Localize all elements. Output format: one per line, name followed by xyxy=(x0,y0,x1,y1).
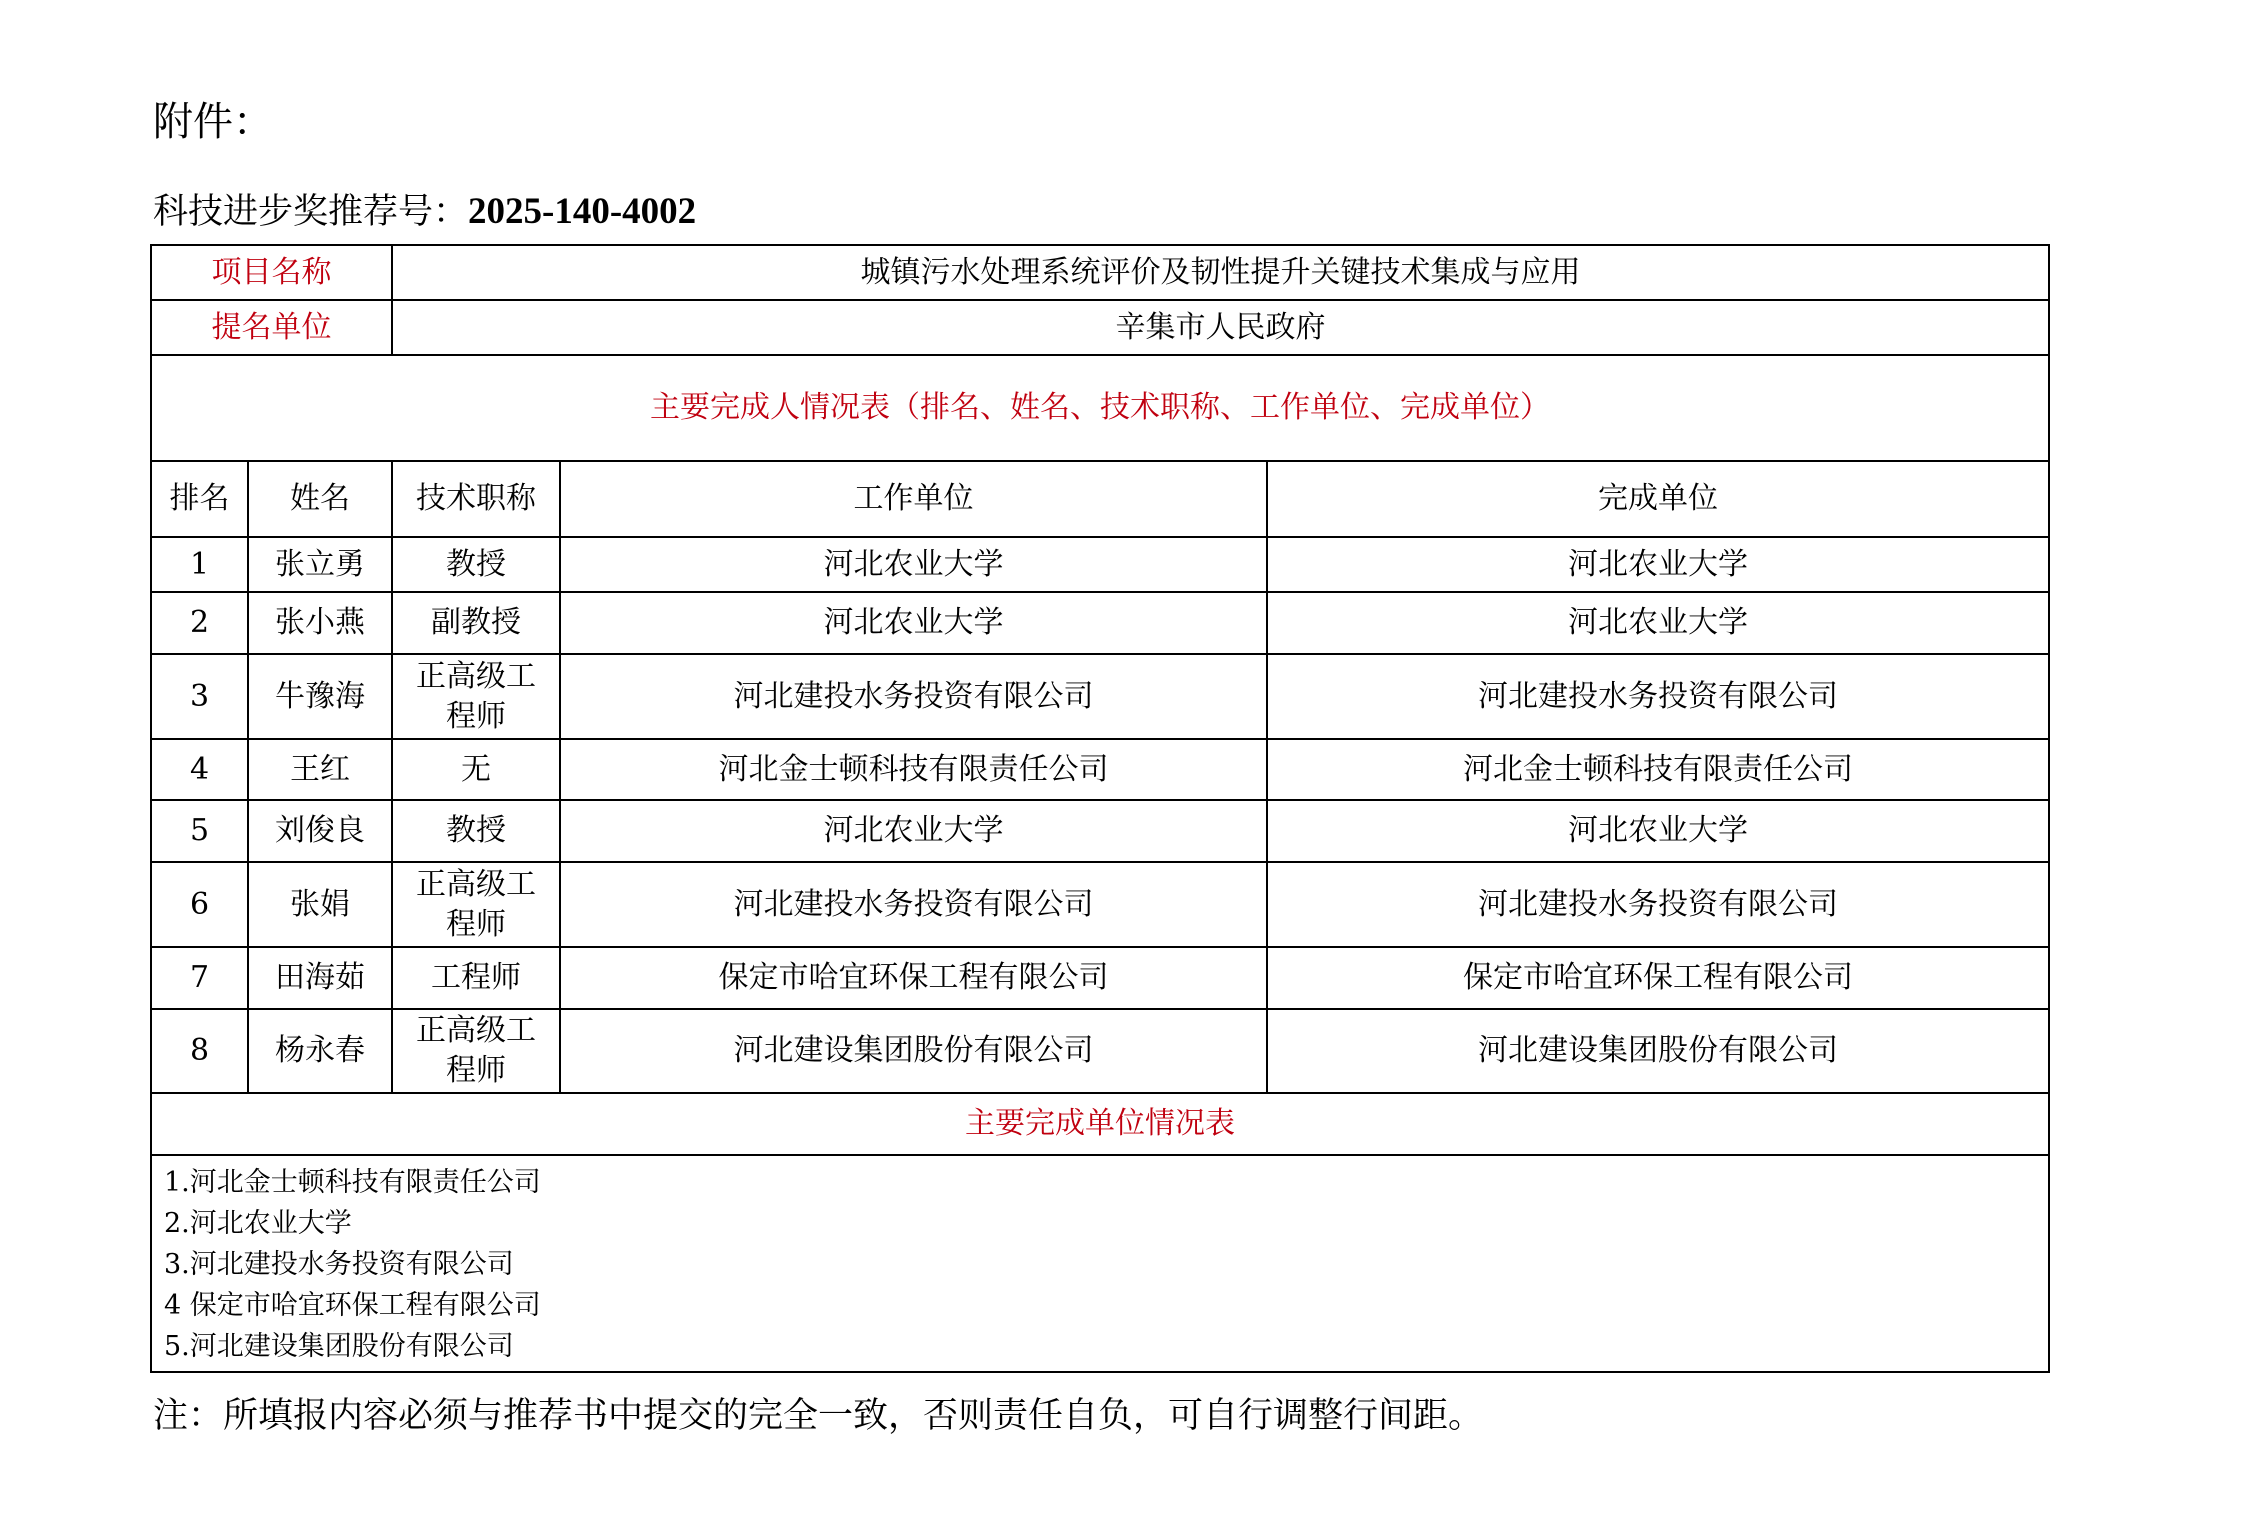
nominator-value: 辛集市人民政府 xyxy=(392,300,2049,355)
recommendation-number: 2025-140-4002 xyxy=(468,191,696,232)
list-item: 2.河北农业大学 xyxy=(164,1203,2048,1244)
table-row: 1 张立勇 教授 河北农业大学 河北农业大学 xyxy=(151,537,2049,592)
completion-unit-cell: 河北农业大学 xyxy=(1267,592,2049,654)
list-item: 5.河北建设集团股份有限公司 xyxy=(164,1326,2048,1367)
col-header-title: 技术职称 xyxy=(392,461,560,537)
project-name-value: 城镇污水处理系统评价及韧性提升关键技术集成与应用 xyxy=(392,245,2049,300)
rank-cell: 6 xyxy=(151,862,248,947)
work-unit-cell: 河北农业大学 xyxy=(560,592,1267,654)
rank-cell: 4 xyxy=(151,739,248,800)
title-cell: 正高级工程师 xyxy=(392,862,560,947)
table-row: 5 刘俊良 教授 河北农业大学 河北农业大学 xyxy=(151,800,2049,862)
nominator-label: 提名单位 xyxy=(151,300,392,355)
list-item: 4 保定市哈宜环保工程有限公司 xyxy=(164,1285,2048,1326)
name-cell: 张娟 xyxy=(248,862,392,947)
table-row: 8 杨永春 正高级工程师 河北建设集团股份有限公司 河北建设集团股份有限公司 xyxy=(151,1009,2049,1093)
recommendation-label: 科技进步奖推荐号： xyxy=(153,192,468,232)
name-cell: 刘俊良 xyxy=(248,800,392,862)
rank-cell: 5 xyxy=(151,800,248,862)
project-name-label: 项目名称 xyxy=(151,245,392,300)
rank-cell: 7 xyxy=(151,947,248,1009)
persons-section-title: 主要完成人情况表（排名、姓名、技术职称、工作单位、完成单位） xyxy=(151,355,2049,461)
title-cell: 无 xyxy=(392,739,560,800)
table-row: 3 牛豫海 正高级工程师 河北建投水务投资有限公司 河北建投水务投资有限公司 xyxy=(151,654,2049,739)
col-header-name: 姓名 xyxy=(248,461,392,537)
units-list-row: 1.河北金士顿科技有限责任公司 2.河北农业大学 3.河北建投水务投资有限公司 … xyxy=(151,1155,2049,1372)
rank-cell: 8 xyxy=(151,1009,248,1093)
work-unit-cell: 保定市哈宜环保工程有限公司 xyxy=(560,947,1267,1009)
rank-cell: 3 xyxy=(151,654,248,739)
name-cell: 王红 xyxy=(248,739,392,800)
work-unit-cell: 河北建投水务投资有限公司 xyxy=(560,654,1267,739)
completion-unit-cell: 河北建设集团股份有限公司 xyxy=(1267,1009,2049,1093)
name-cell: 张立勇 xyxy=(248,537,392,592)
col-header-work-unit: 工作单位 xyxy=(560,461,1267,537)
completion-unit-cell: 河北金士顿科技有限责任公司 xyxy=(1267,739,2049,800)
completion-unit-cell: 河北建投水务投资有限公司 xyxy=(1267,654,2049,739)
table-row: 4 王红 无 河北金士顿科技有限责任公司 河北金士顿科技有限责任公司 xyxy=(151,739,2049,800)
table-row: 6 张娟 正高级工程师 河北建投水务投资有限公司 河北建投水务投资有限公司 xyxy=(151,862,2049,947)
title-cell: 正高级工程师 xyxy=(392,1009,560,1093)
work-unit-cell: 河北建投水务投资有限公司 xyxy=(560,862,1267,947)
project-name-row: 项目名称 城镇污水处理系统评价及韧性提升关键技术集成与应用 xyxy=(151,245,2049,300)
completion-unit-cell: 河北农业大学 xyxy=(1267,537,2049,592)
project-info-table: 项目名称 城镇污水处理系统评价及韧性提升关键技术集成与应用 提名单位 辛集市人民… xyxy=(150,244,2050,1373)
rank-cell: 1 xyxy=(151,537,248,592)
persons-header-row: 排名 姓名 技术职称 工作单位 完成单位 xyxy=(151,461,2049,537)
list-item: 3.河北建投水务投资有限公司 xyxy=(164,1244,2048,1285)
title-cell: 正高级工程师 xyxy=(392,654,560,739)
col-header-rank: 排名 xyxy=(151,461,248,537)
name-cell: 张小燕 xyxy=(248,592,392,654)
work-unit-cell: 河北农业大学 xyxy=(560,800,1267,862)
title-cell: 副教授 xyxy=(392,592,560,654)
completion-unit-cell: 河北建投水务投资有限公司 xyxy=(1267,862,2049,947)
completion-unit-cell: 河北农业大学 xyxy=(1267,800,2049,862)
work-unit-cell: 河北农业大学 xyxy=(560,537,1267,592)
table-row: 7 田海茹 工程师 保定市哈宜环保工程有限公司 保定市哈宜环保工程有限公司 xyxy=(151,947,2049,1009)
col-header-completion-unit: 完成单位 xyxy=(1267,461,2049,537)
work-unit-cell: 河北金士顿科技有限责任公司 xyxy=(560,739,1267,800)
units-section-title: 主要完成单位情况表 xyxy=(151,1093,2049,1155)
units-section-title-row: 主要完成单位情况表 xyxy=(151,1093,2049,1155)
name-cell: 牛豫海 xyxy=(248,654,392,739)
persons-section-title-row: 主要完成人情况表（排名、姓名、技术职称、工作单位、完成单位） xyxy=(151,355,2049,461)
title-cell: 工程师 xyxy=(392,947,560,1009)
title-cell: 教授 xyxy=(392,800,560,862)
units-list: 1.河北金士顿科技有限责任公司 2.河北农业大学 3.河北建投水务投资有限公司 … xyxy=(151,1155,2049,1372)
rank-cell: 2 xyxy=(151,592,248,654)
list-item: 1.河北金士顿科技有限责任公司 xyxy=(164,1162,2048,1203)
footnote: 注：所填报内容必须与推荐书中提交的完全一致，否则责任自负，可自行调整行间距。 xyxy=(153,1392,1483,1440)
completion-unit-cell: 保定市哈宜环保工程有限公司 xyxy=(1267,947,2049,1009)
name-cell: 杨永春 xyxy=(248,1009,392,1093)
title-cell: 教授 xyxy=(392,537,560,592)
nominator-row: 提名单位 辛集市人民政府 xyxy=(151,300,2049,355)
attachment-label: 附件： xyxy=(153,96,273,148)
table-row: 2 张小燕 副教授 河北农业大学 河北农业大学 xyxy=(151,592,2049,654)
work-unit-cell: 河北建设集团股份有限公司 xyxy=(560,1009,1267,1093)
recommendation-number-line: 科技进步奖推荐号：2025-140-4002 xyxy=(153,186,696,238)
name-cell: 田海茹 xyxy=(248,947,392,1009)
